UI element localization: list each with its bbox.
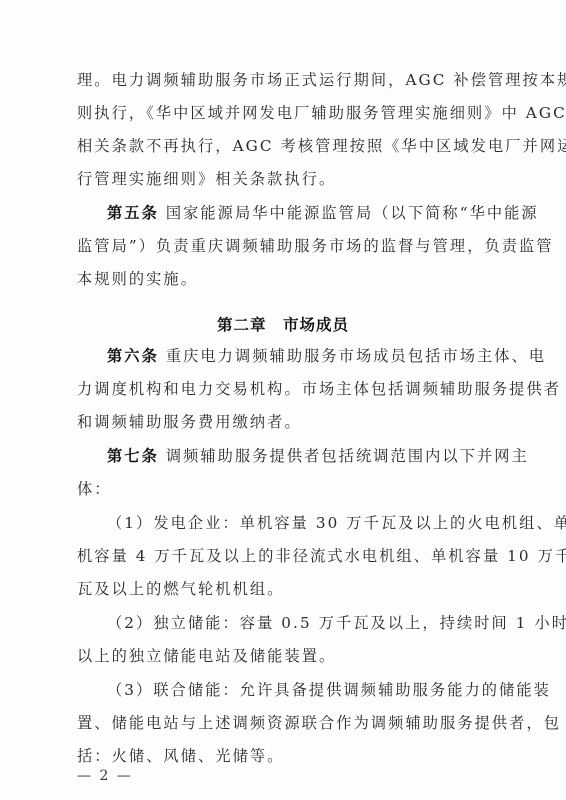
text-line: 调频辅助服务提供者包括统调范围内以下并网主	[166, 447, 529, 465]
chapter-heading: 第二章 市场成员	[0, 313, 566, 335]
text-line: 置、储能电站与上述调频资源联合作为调频辅助服务提供者，包	[77, 713, 487, 733]
page-number: — 2 —	[77, 768, 133, 784]
text-line: 则执行，《华中区域并网发电厂辅助服务管理实施细则》中 AGC	[77, 103, 487, 123]
article-label: 第五条	[107, 204, 159, 222]
text-line: 监管局”）负责重庆调频辅助服务市场的监督与管理，负责监管	[77, 236, 487, 256]
text-line: 理。电力调频辅助服务市场正式运行期间，AGC 补偿管理按本规	[77, 70, 487, 90]
article-5-line: 第五条 国家能源局华中能源监管局（以下简称“华中能源	[107, 203, 487, 223]
text-line: 本规则的实施。	[77, 269, 487, 289]
item-3-line: （3）联合储能：允许具备提供调频辅助服务能力的储能装	[107, 680, 487, 700]
text-line: 国家能源局华中能源监管局（以下简称“华中能源	[166, 204, 539, 222]
text-line: 重庆电力调频辅助服务市场成员包括市场主体、电	[166, 347, 546, 365]
text-line: 相关条款不再执行，AGC 考核管理按照《华中区域发电厂并网运	[77, 136, 487, 156]
text-line: 机容量 4 万千瓦及以上的非径流式水电机组、单机容量 10 万千	[77, 546, 487, 566]
document-page: 理。电力调频辅助服务市场正式运行期间，AGC 补偿管理按本规 则执行，《华中区域…	[0, 0, 566, 800]
text-line: 力调度机构和电力交易机构。市场主体包括调频辅助服务提供者	[77, 379, 487, 399]
text-line: 以上的独立储能电站及储能装置。	[77, 646, 487, 666]
text-line: 行管理实施细则》相关条款执行。	[77, 169, 487, 189]
article-label: 第六条	[107, 347, 159, 365]
text-line: 瓦及以上的燃气轮机机组。	[77, 579, 487, 599]
text-line: 和调频辅助服务费用缴纳者。	[77, 412, 487, 432]
article-6-line: 第六条 重庆电力调频辅助服务市场成员包括市场主体、电	[107, 346, 487, 366]
text-line: 括：火储、风储、光储等。	[77, 746, 487, 766]
text-line: 体：	[77, 479, 487, 499]
item-1-line: （1）发电企业：单机容量 30 万千瓦及以上的火电机组、单	[107, 513, 487, 533]
item-2-line: （2）独立储能：容量 0.5 万千瓦及以上，持续时间 1 小时	[107, 613, 487, 633]
article-7-line: 第七条 调频辅助服务提供者包括统调范围内以下并网主	[107, 446, 487, 466]
article-label: 第七条	[107, 447, 159, 465]
